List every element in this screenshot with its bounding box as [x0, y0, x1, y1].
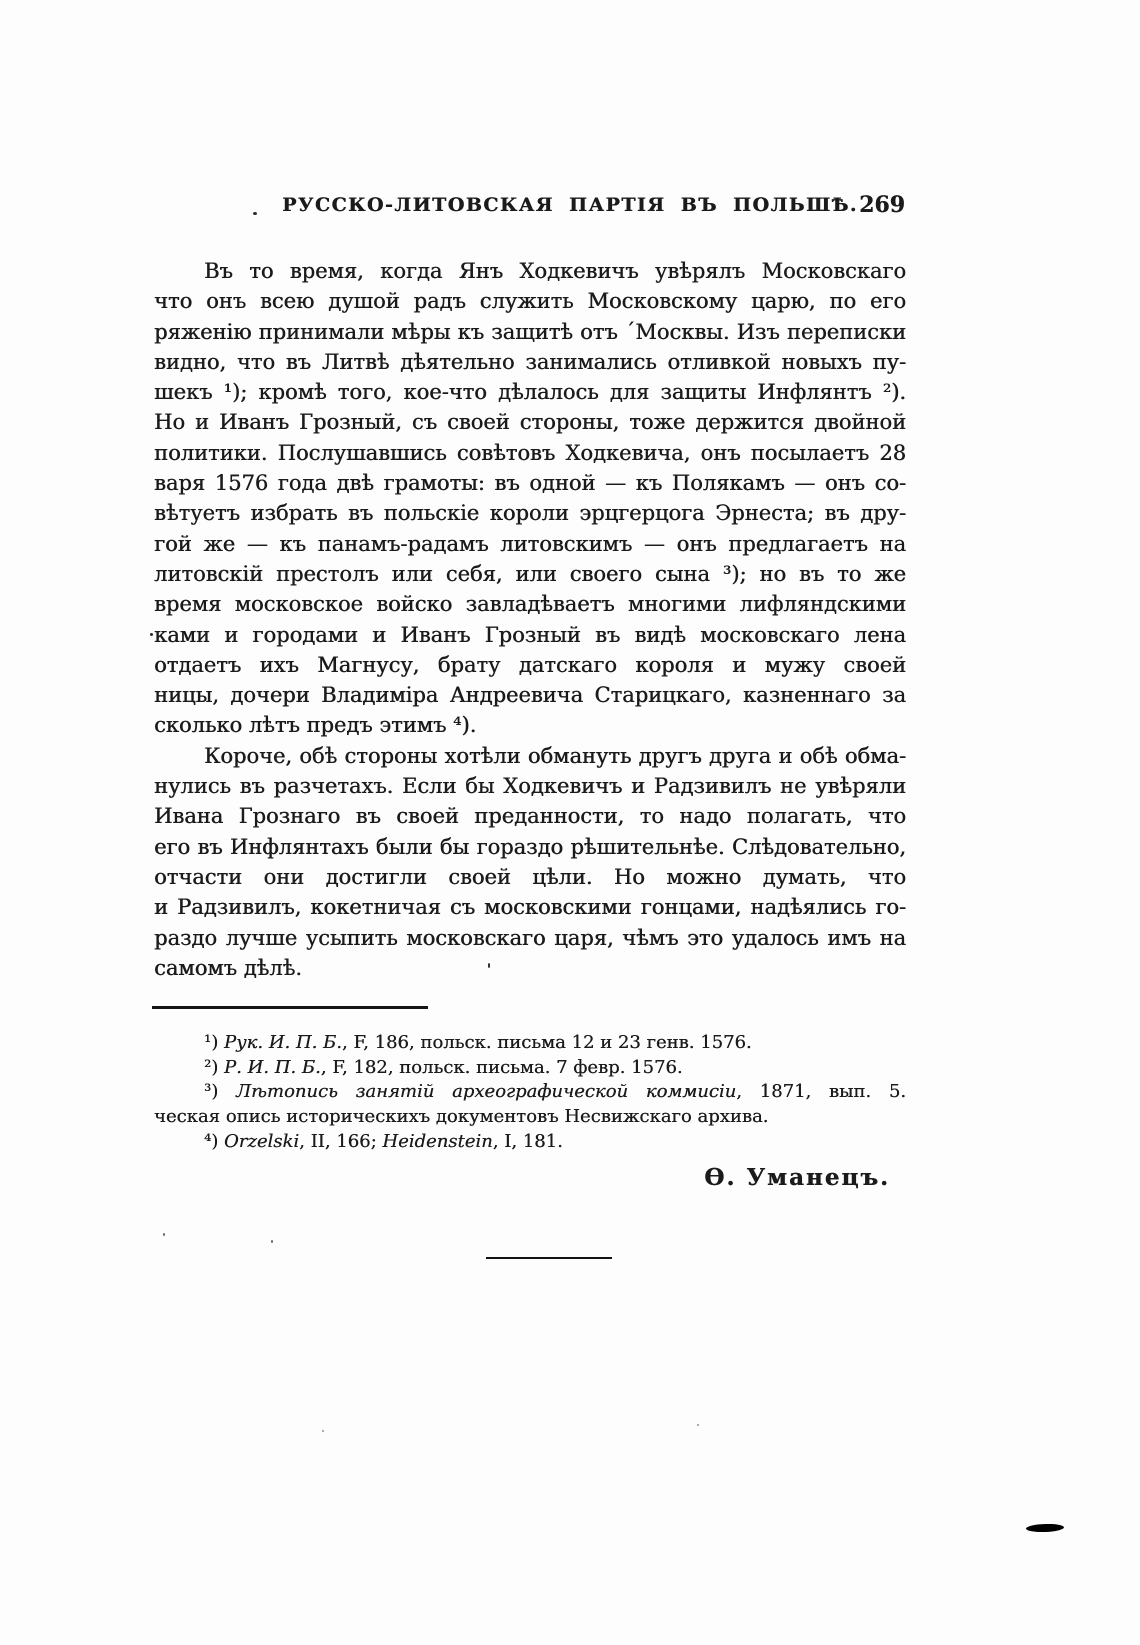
- footnote-marker: ³): [204, 1081, 236, 1102]
- text-line: литовскій престолъ или себя, или своего …: [154, 559, 906, 589]
- footnote-source: Лѣтопись занятій археографической коммис…: [236, 1081, 736, 1102]
- footnote-separator-rule: [152, 1006, 428, 1009]
- text-line: вѣтуетъ избрать въ польскіе короли эрцге…: [154, 498, 906, 528]
- scan-artifact-mark: [1026, 1523, 1064, 1532]
- footnote-3-line-2: ческая опись историческихъ документовъ Н…: [154, 1105, 906, 1130]
- ink-speck: [322, 1430, 324, 1432]
- footnotes: ¹) Рук. И. П. Б., F, 186, польск. письма…: [154, 1031, 906, 1154]
- footnote-marker: ¹): [204, 1032, 224, 1053]
- text-line: раздо лучше усыпить московскаго царя, чѣ…: [154, 923, 906, 953]
- text-line: Но и Иванъ Грозный, съ своей стороны, то…: [154, 407, 906, 437]
- footnote-marker: ⁴): [204, 1131, 224, 1152]
- text-line: Въ то время, когда Янъ Ходкевичъ увѣрялъ…: [154, 256, 906, 286]
- text-line: что онъ всею душой радъ служить Московск…: [154, 286, 906, 316]
- text-line: самомъ дѣлѣ.: [154, 953, 906, 983]
- text-line: отчасти они достигли своей цѣли. Но можн…: [154, 862, 906, 892]
- footnote-2: ²) Р. И. П. Б., F, 182, польск. письма. …: [154, 1056, 906, 1081]
- footnote-source: Р. И. П. Б.: [224, 1057, 321, 1078]
- footnote-text: , I, 181.: [493, 1131, 563, 1152]
- ink-speck: [150, 633, 153, 636]
- footnote-text: , F, 182, польск. письма. 7 февр. 1576.: [321, 1057, 683, 1078]
- text-line: Короче, обѣ стороны хотѣли обмануть друг…: [154, 741, 906, 771]
- text-line: ряженію принимали мѣры къ защитѣ отъ ´Мо…: [154, 317, 906, 347]
- scanned-book-page: РУССКО-ЛИТОВСКАЯ ПАРТІЯ ВЪ ПОЛЬШѢ. 269 В…: [0, 0, 1140, 1645]
- text-line: политики. Послушавшись совѣтовъ Ходкевич…: [154, 438, 906, 468]
- text-line: нулись въ разчетахъ. Если бы Ходкевичъ и…: [154, 771, 906, 801]
- footnote-source: Heidenstein: [382, 1131, 492, 1152]
- section-end-rule: [486, 1257, 612, 1259]
- footnote-4: ⁴) Orzelski, II, 166; Heidenstein, I, 18…: [154, 1130, 906, 1155]
- ink-speck: [271, 1240, 273, 1243]
- footnote-1: ¹) Рук. И. П. Б., F, 186, польск. письма…: [154, 1031, 906, 1056]
- footnote-text: , F, 186, польск. письма 12 и 23 генв. 1…: [342, 1032, 752, 1053]
- body-text: Въ то время, когда Янъ Ходкевичъ увѣрялъ…: [154, 256, 906, 983]
- text-line: варя 1576 года двѣ грамоты: въ одной — к…: [154, 468, 906, 498]
- text-line: Ивана Грознаго въ своей преданности, то …: [154, 801, 906, 831]
- text-line: и Радзивилъ, кокетничая съ московскими г…: [154, 892, 906, 922]
- page-number: 269: [859, 192, 905, 218]
- footnote-source: Рук. И. П. Б.: [224, 1032, 342, 1053]
- footnote-marker: ²): [204, 1057, 224, 1078]
- text-line: отдаетъ ихъ Магнусу, брату датскаго коро…: [154, 650, 906, 680]
- footnote-source: Orzelski: [224, 1131, 299, 1152]
- text-line: время московское войско завладѣваетъ мно…: [154, 589, 906, 619]
- footnote-text: , II, 166;: [299, 1131, 382, 1152]
- ink-speck: [488, 963, 490, 968]
- text-line: шекъ ¹); кромѣ того, кое-что дѣлалось дл…: [154, 377, 906, 407]
- text-line: ками и городами и Иванъ Грозный въ видѣ …: [154, 620, 906, 650]
- footnote-text: ческая опись историческихъ документовъ Н…: [154, 1106, 768, 1127]
- text-line: сколько лѣтъ предъ этимъ ⁴).: [154, 710, 906, 740]
- running-title: РУССКО-ЛИТОВСКАЯ ПАРТІЯ ВЪ ПОЛЬШѢ.: [0, 194, 1140, 216]
- ink-speck: [163, 1233, 165, 1236]
- footnote-3-line-1: ³) Лѣтопись занятій археографической ком…: [154, 1080, 906, 1105]
- text-line: его въ Инфлянтахъ были бы гораздо рѣшите…: [154, 832, 906, 862]
- ink-speck: [697, 1424, 699, 1426]
- text-line: видно, что въ Литвѣ дѣятельно занимались…: [154, 347, 906, 377]
- author-signature: Ѳ. Уманецъ.: [704, 1164, 890, 1191]
- text-line: ницы, дочери Владиміра Андреевича Стариц…: [154, 680, 906, 710]
- text-line: гой же — къ панамъ-радамъ литовскимъ — о…: [154, 529, 906, 559]
